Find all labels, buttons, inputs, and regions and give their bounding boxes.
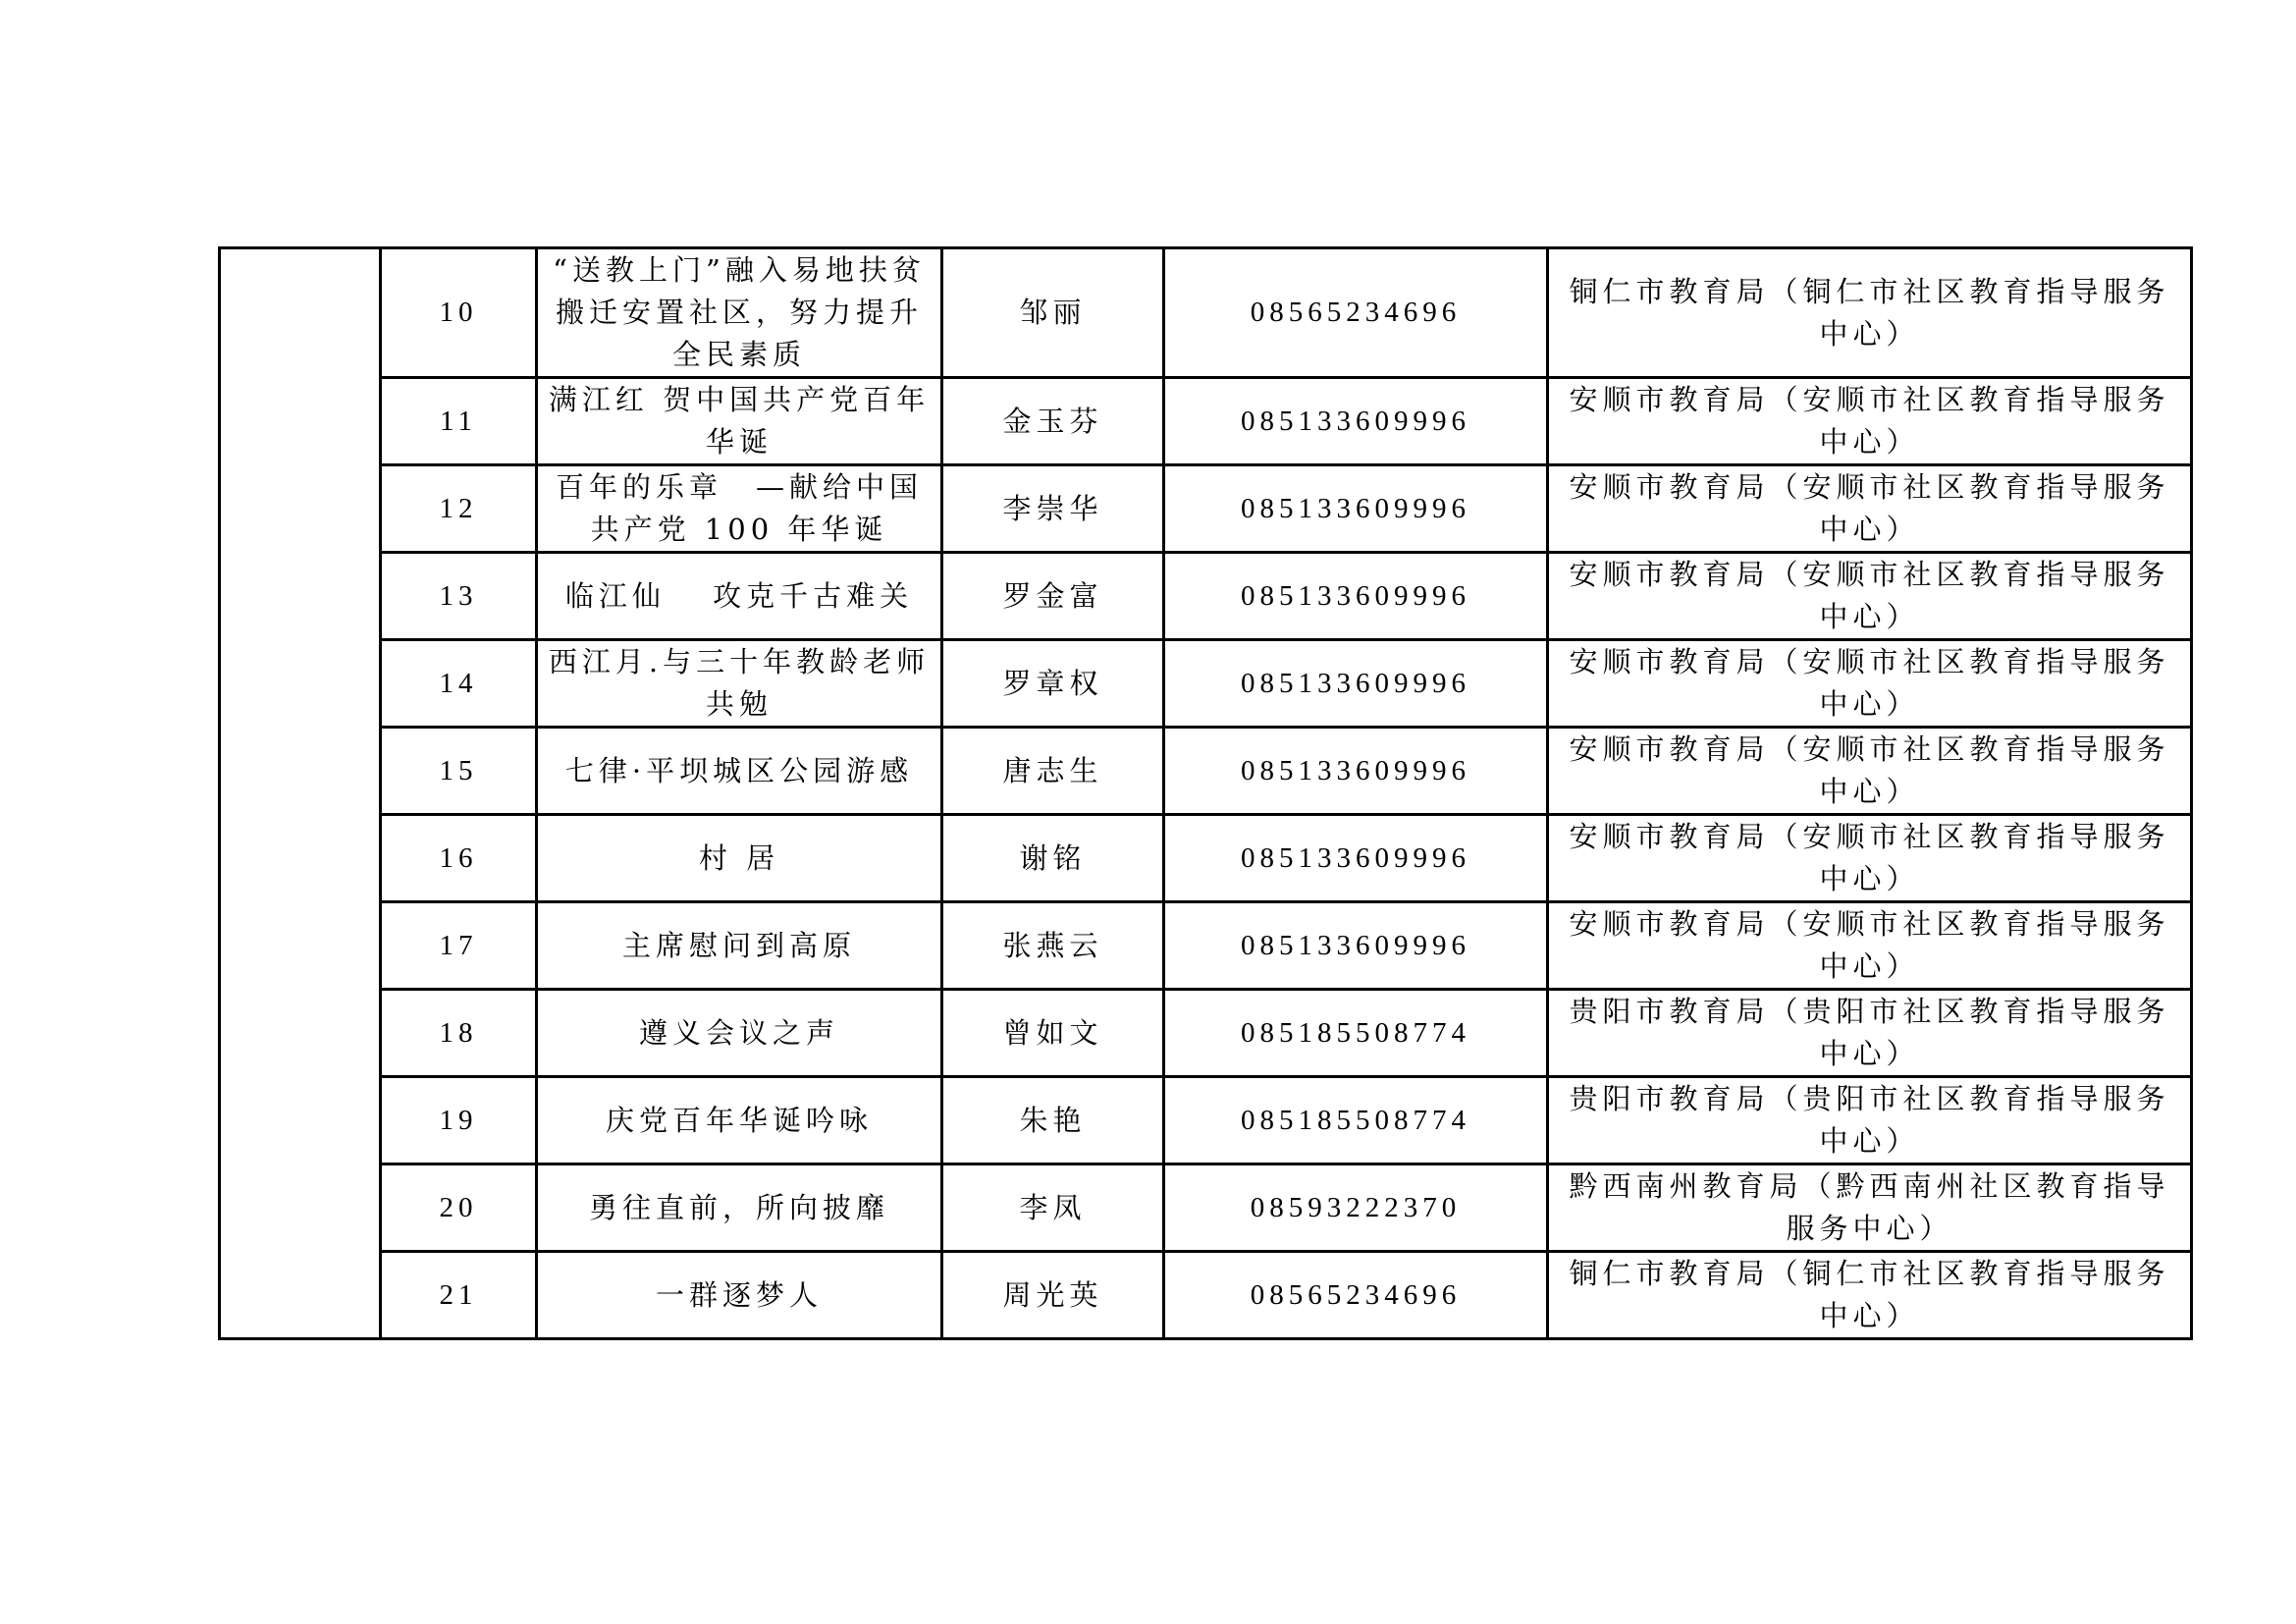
author-name: 李凤 bbox=[942, 1164, 1164, 1252]
table-row: 13 临江仙 攻克千古难关 罗金富 085133609996 安顺市教育局（安顺… bbox=[220, 553, 2192, 640]
work-title: 百年的乐章 —献给中国共产党 100 年华诞 bbox=[537, 465, 942, 553]
contact-phone: 085185508774 bbox=[1164, 990, 1548, 1077]
contact-phone: 085185508774 bbox=[1164, 1077, 1548, 1164]
work-title: 勇往直前，所向披靡 bbox=[537, 1164, 942, 1252]
organization: 黔西南州教育局（黔西南州社区教育指导服务中心） bbox=[1548, 1164, 2192, 1252]
table-row: 18 遵义会议之声 曾如文 085185508774 贵阳市教育局（贵阳市社区教… bbox=[220, 990, 2192, 1077]
row-number: 12 bbox=[381, 465, 537, 553]
author-name: 谢铭 bbox=[942, 815, 1164, 902]
table-row: 19 庆党百年华诞吟咏 朱艳 085185508774 贵阳市教育局（贵阳市社区… bbox=[220, 1077, 2192, 1164]
organization: 安顺市教育局（安顺市社区教育指导服务中心） bbox=[1548, 815, 2192, 902]
work-title: 七律·平坝城区公园游感 bbox=[537, 728, 942, 815]
author-name: 金玉芬 bbox=[942, 378, 1164, 465]
row-number: 16 bbox=[381, 815, 537, 902]
work-title: 庆党百年华诞吟咏 bbox=[537, 1077, 942, 1164]
row-number: 13 bbox=[381, 553, 537, 640]
organization: 贵阳市教育局（贵阳市社区教育指导服务中心） bbox=[1548, 1077, 2192, 1164]
work-title: 西江月.与三十年教龄老师共勉 bbox=[537, 640, 942, 728]
table-row: 16 村 居 谢铭 085133609996 安顺市教育局（安顺市社区教育指导服… bbox=[220, 815, 2192, 902]
work-title: 遵义会议之声 bbox=[537, 990, 942, 1077]
organization: 安顺市教育局（安顺市社区教育指导服务中心） bbox=[1548, 465, 2192, 553]
table-row: 20 勇往直前，所向披靡 李凤 08593222370 黔西南州教育局（黔西南州… bbox=[220, 1164, 2192, 1252]
organization: 安顺市教育局（安顺市社区教育指导服务中心） bbox=[1548, 902, 2192, 990]
table-row: 10 “送教上门”融入易地扶贫搬迁安置社区，努力提升全民素质 邹丽 085652… bbox=[220, 248, 2192, 378]
author-name: 周光英 bbox=[942, 1252, 1164, 1339]
table-row: 15 七律·平坝城区公园游感 唐志生 085133609996 安顺市教育局（安… bbox=[220, 728, 2192, 815]
organization: 安顺市教育局（安顺市社区教育指导服务中心） bbox=[1548, 378, 2192, 465]
table-row: 12 百年的乐章 —献给中国共产党 100 年华诞 李崇华 0851336099… bbox=[220, 465, 2192, 553]
author-name: 罗金富 bbox=[942, 553, 1164, 640]
table-row: 11 满江红 贺中国共产党百年华诞 金玉芬 085133609996 安顺市教育… bbox=[220, 378, 2192, 465]
work-title: 村 居 bbox=[537, 815, 942, 902]
contact-phone: 08565234696 bbox=[1164, 248, 1548, 378]
work-title: 满江红 贺中国共产党百年华诞 bbox=[537, 378, 942, 465]
contact-phone: 085133609996 bbox=[1164, 465, 1548, 553]
table-row: 17 主席慰问到高原 张燕云 085133609996 安顺市教育局（安顺市社区… bbox=[220, 902, 2192, 990]
contact-phone: 08593222370 bbox=[1164, 1164, 1548, 1252]
table-row: 21 一群逐梦人 周光英 08565234696 铜仁市教育局（铜仁市社区教育指… bbox=[220, 1252, 2192, 1339]
contact-phone: 085133609996 bbox=[1164, 815, 1548, 902]
contact-phone: 085133609996 bbox=[1164, 640, 1548, 728]
submissions-table: 10 “送教上门”融入易地扶贫搬迁安置社区，努力提升全民素质 邹丽 085652… bbox=[218, 246, 2193, 1340]
row-number: 11 bbox=[381, 378, 537, 465]
contact-phone: 085133609996 bbox=[1164, 553, 1548, 640]
work-title: “送教上门”融入易地扶贫搬迁安置社区，努力提升全民素质 bbox=[537, 248, 942, 378]
contact-phone: 085133609996 bbox=[1164, 902, 1548, 990]
contact-phone: 085133609996 bbox=[1164, 378, 1548, 465]
work-title: 一群逐梦人 bbox=[537, 1252, 942, 1339]
row-number: 20 bbox=[381, 1164, 537, 1252]
organization: 安顺市教育局（安顺市社区教育指导服务中心） bbox=[1548, 640, 2192, 728]
category-cell bbox=[220, 248, 381, 1339]
author-name: 邹丽 bbox=[942, 248, 1164, 378]
author-name: 曾如文 bbox=[942, 990, 1164, 1077]
organization: 铜仁市教育局（铜仁市社区教育指导服务中心） bbox=[1548, 1252, 2192, 1339]
organization: 安顺市教育局（安顺市社区教育指导服务中心） bbox=[1548, 553, 2192, 640]
work-title: 临江仙 攻克千古难关 bbox=[537, 553, 942, 640]
row-number: 15 bbox=[381, 728, 537, 815]
row-number: 18 bbox=[381, 990, 537, 1077]
table-row: 14 西江月.与三十年教龄老师共勉 罗章权 085133609996 安顺市教育… bbox=[220, 640, 2192, 728]
organization: 贵阳市教育局（贵阳市社区教育指导服务中心） bbox=[1548, 990, 2192, 1077]
work-title: 主席慰问到高原 bbox=[537, 902, 942, 990]
document-page: 10 “送教上门”融入易地扶贫搬迁安置社区，努力提升全民素质 邹丽 085652… bbox=[0, 0, 2296, 1624]
author-name: 张燕云 bbox=[942, 902, 1164, 990]
organization: 安顺市教育局（安顺市社区教育指导服务中心） bbox=[1548, 728, 2192, 815]
row-number: 19 bbox=[381, 1077, 537, 1164]
author-name: 唐志生 bbox=[942, 728, 1164, 815]
author-name: 罗章权 bbox=[942, 640, 1164, 728]
contact-phone: 08565234696 bbox=[1164, 1252, 1548, 1339]
organization: 铜仁市教育局（铜仁市社区教育指导服务中心） bbox=[1548, 248, 2192, 378]
row-number: 17 bbox=[381, 902, 537, 990]
contact-phone: 085133609996 bbox=[1164, 728, 1548, 815]
row-number: 21 bbox=[381, 1252, 537, 1339]
author-name: 朱艳 bbox=[942, 1077, 1164, 1164]
row-number: 14 bbox=[381, 640, 537, 728]
author-name: 李崇华 bbox=[942, 465, 1164, 553]
row-number: 10 bbox=[381, 248, 537, 378]
